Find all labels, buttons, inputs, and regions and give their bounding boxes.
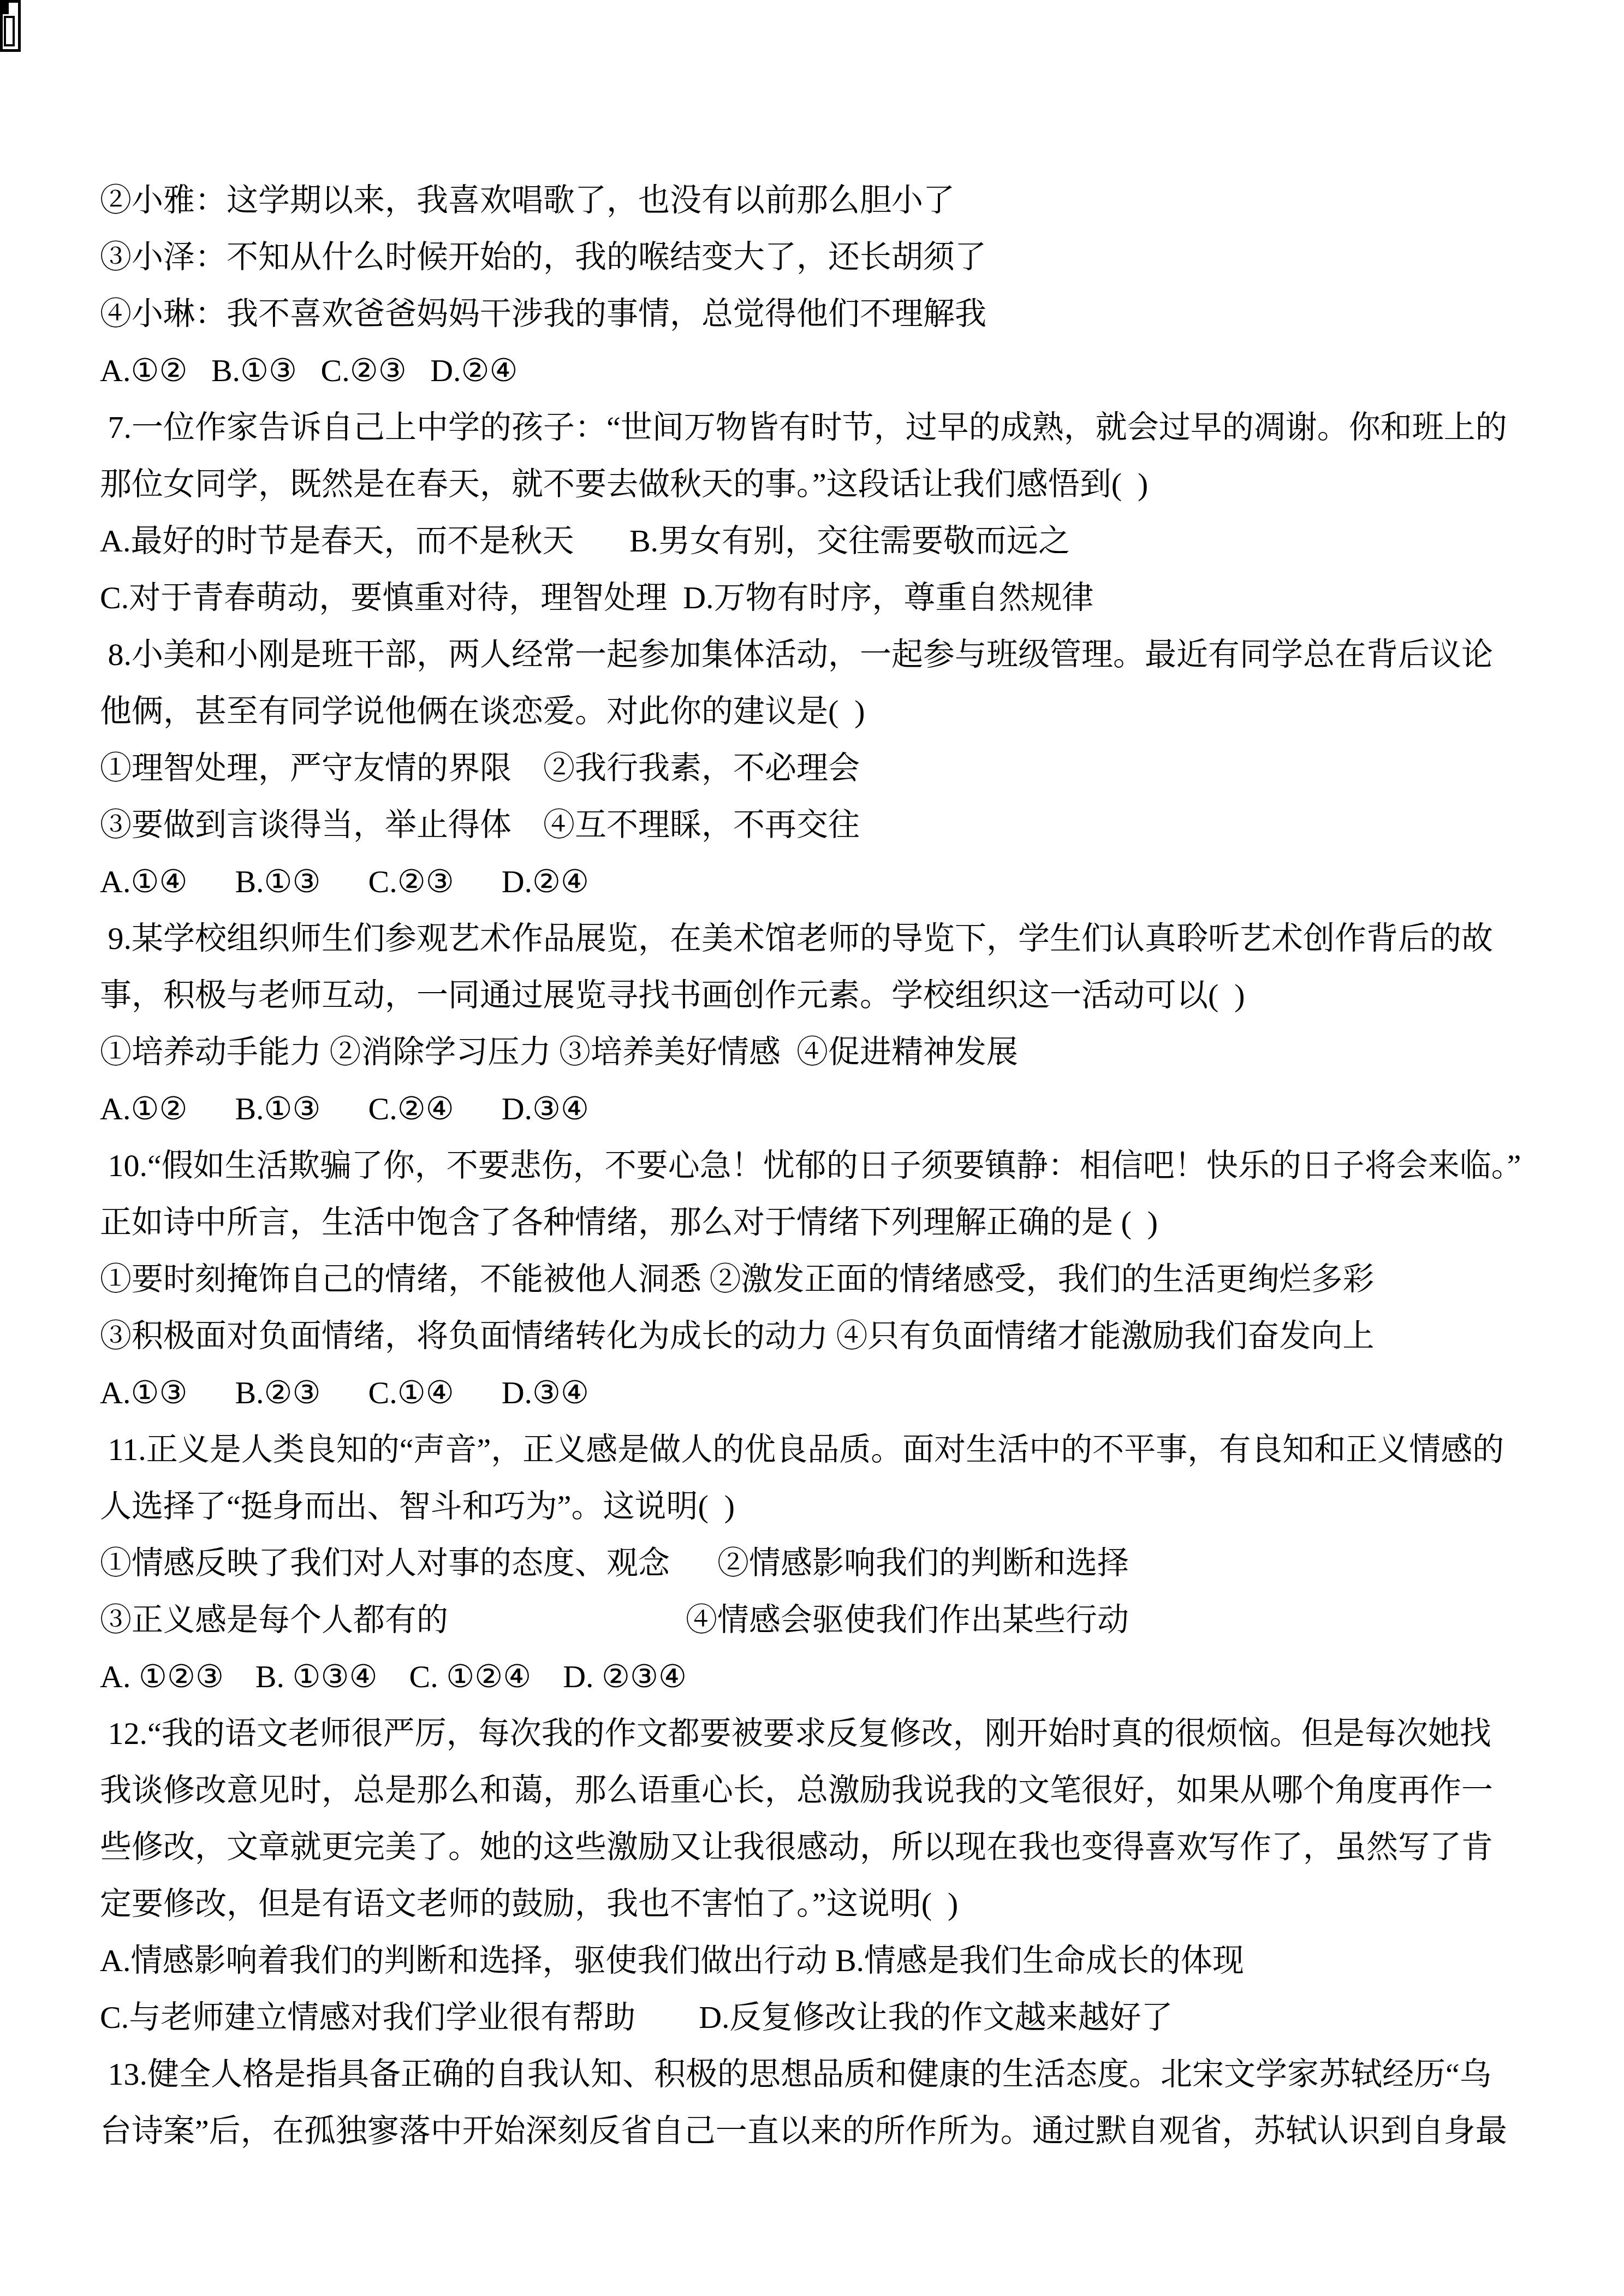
text-line: ①培养动手能力 ②消除学习压力 ③培养美好情感 ④促进精神发展 — [100, 1024, 1607, 1081]
text-line: ④小琳：我不喜欢爸爸妈妈干涉我的事情，总觉得他们不理解我 — [100, 286, 1607, 342]
text-line: 7.一位作家告诉自己上中学的孩子：“世间万物皆有时节，过早的成熟，就会过早的凋谢… — [100, 399, 1607, 456]
text-line: 些修改，文章就更完美了。她的这些激励又让我很感动，所以现在我也变得喜欢写作了，虽… — [100, 1819, 1607, 1876]
text-line: 那位女同学，既然是在春天，就不要去做秋天的事。”这段话让我们感悟到( ) — [100, 456, 1607, 513]
text-line: ③积极面对负面情绪，将负面情绪转化为成长的动力 ④只有负面情绪才能激励我们奋发向… — [100, 1308, 1607, 1364]
text-line: ②小雅：这学期以来，我喜欢唱歌了，也没有以前那么胆小了 — [100, 172, 1607, 229]
text-line: ③正义感是每个人都有的 ④情感会驱使我们作出某些行动 — [100, 1592, 1607, 1648]
text-line: C.与老师建立情感对我们学业很有帮助 D.反复修改让我的作文越来越好了 — [100, 1989, 1607, 2046]
text-line: 定要修改，但是有语文老师的鼓励，我也不害怕了。”这说明( ) — [100, 1876, 1607, 1932]
text-line: ①情感反映了我们对人对事的态度、观念 ②情感影响我们的判断和选择 — [100, 1535, 1607, 1592]
text-line: 9.某学校组织师生们参观艺术作品展览，在美术馆老师的导览下，学生们认真聆听艺术创… — [100, 910, 1607, 967]
text-line: ③小泽：不知从什么时候开始的，我的喉结变大了，还长胡须了 — [100, 229, 1607, 286]
text-line: 正如诗中所言，生活中饱含了各种情绪，那么对于情绪下列理解正确的是 ( ) — [100, 1194, 1607, 1251]
text-line: A.情感影响着我们的判断和选择，驱使我们做出行动 B.情感是我们生命成长的体现 — [100, 1932, 1607, 1989]
text-line: 他俩，甚至有同学说他俩在谈恋爱。对此你的建议是( ) — [100, 683, 1607, 740]
text-line: 台诗案”后，在孤独寥落中开始深刻反省自己一直以来的所作所为。通过默自观省，苏轼认… — [100, 2103, 1607, 2159]
text-line: 13.健全人格是指具备正确的自我认知、积极的思想品质和健康的生活态度。北宋文学家… — [100, 2046, 1607, 2103]
text-line: A.①② B.①③ C.②④ D.③④ — [100, 1081, 1607, 1137]
text-line: A.①④ B.①③ C.②③ D.②④ — [100, 853, 1607, 910]
text-line: ①理智处理，严守友情的界限 ②我行我素，不必理会 — [100, 740, 1607, 797]
text-line: 事，积极与老师互动，一同通过展览寻找书画创作元素。学校组织这一活动可以( ) — [100, 967, 1607, 1024]
text-line: A. ①②③ B. ①③④ C. ①②④ D. ②③④ — [100, 1648, 1607, 1705]
text-line: A.①③ B.②③ C.①④ D.③④ — [100, 1364, 1607, 1421]
text-line: C.对于青春萌动，要慎重对待，理智处理 D.万物有时序，尊重自然规律 — [100, 569, 1607, 626]
exam-text-block: ②小雅：这学期以来，我喜欢唱歌了，也没有以前那么胆小了③小泽：不知从什么时候开始… — [100, 172, 1607, 2159]
text-line: 11.正义是人类良知的“声音”，正义感是做人的优良品质。面对生活中的不平事，有良… — [100, 1421, 1607, 1478]
embedded-object-placeholder-icon — [0, 0, 21, 52]
placeholder-icon-inner-frame — [4, 16, 15, 46]
text-line: 12.“我的语文老师很严厉，每次我的作文都要被要求反复修改，刚开始时真的很烦恼。… — [100, 1705, 1607, 1762]
text-line: ①要时刻掩饰自己的情绪，不能被他人洞悉 ②激发正面的情绪感受，我们的生活更绚烂多… — [100, 1251, 1607, 1308]
placeholder-icon-corner — [0, 0, 9, 14]
text-line: 10.“假如生活欺骗了你，不要悲伤，不要心急！忧郁的日子须要镇静：相信吧！快乐的… — [100, 1137, 1607, 1194]
text-line: 我谈修改意见时，总是那么和蔼，那么语重心长，总激励我说我的文笔很好，如果从哪个角… — [100, 1762, 1607, 1819]
text-line: A.①② B.①③ C.②③ D.②④ — [100, 342, 1607, 399]
text-line: 8.小美和小刚是班干部，两人经常一起参加集体活动，一起参与班级管理。最近有同学总… — [100, 626, 1607, 683]
text-line: ③要做到言谈得当，举止得体 ④互不理睬，不再交往 — [100, 797, 1607, 853]
text-line: A.最好的时节是春天，而不是秋天 B.男女有别，交往需要敬而远之 — [100, 513, 1607, 569]
exam-document-page: ②小雅：这学期以来，我喜欢唱歌了，也没有以前那么胆小了③小泽：不知从什么时候开始… — [0, 0, 1624, 2296]
text-line: 人选择了“挺身而出、智斗和巧为”。这说明( ) — [100, 1478, 1607, 1535]
